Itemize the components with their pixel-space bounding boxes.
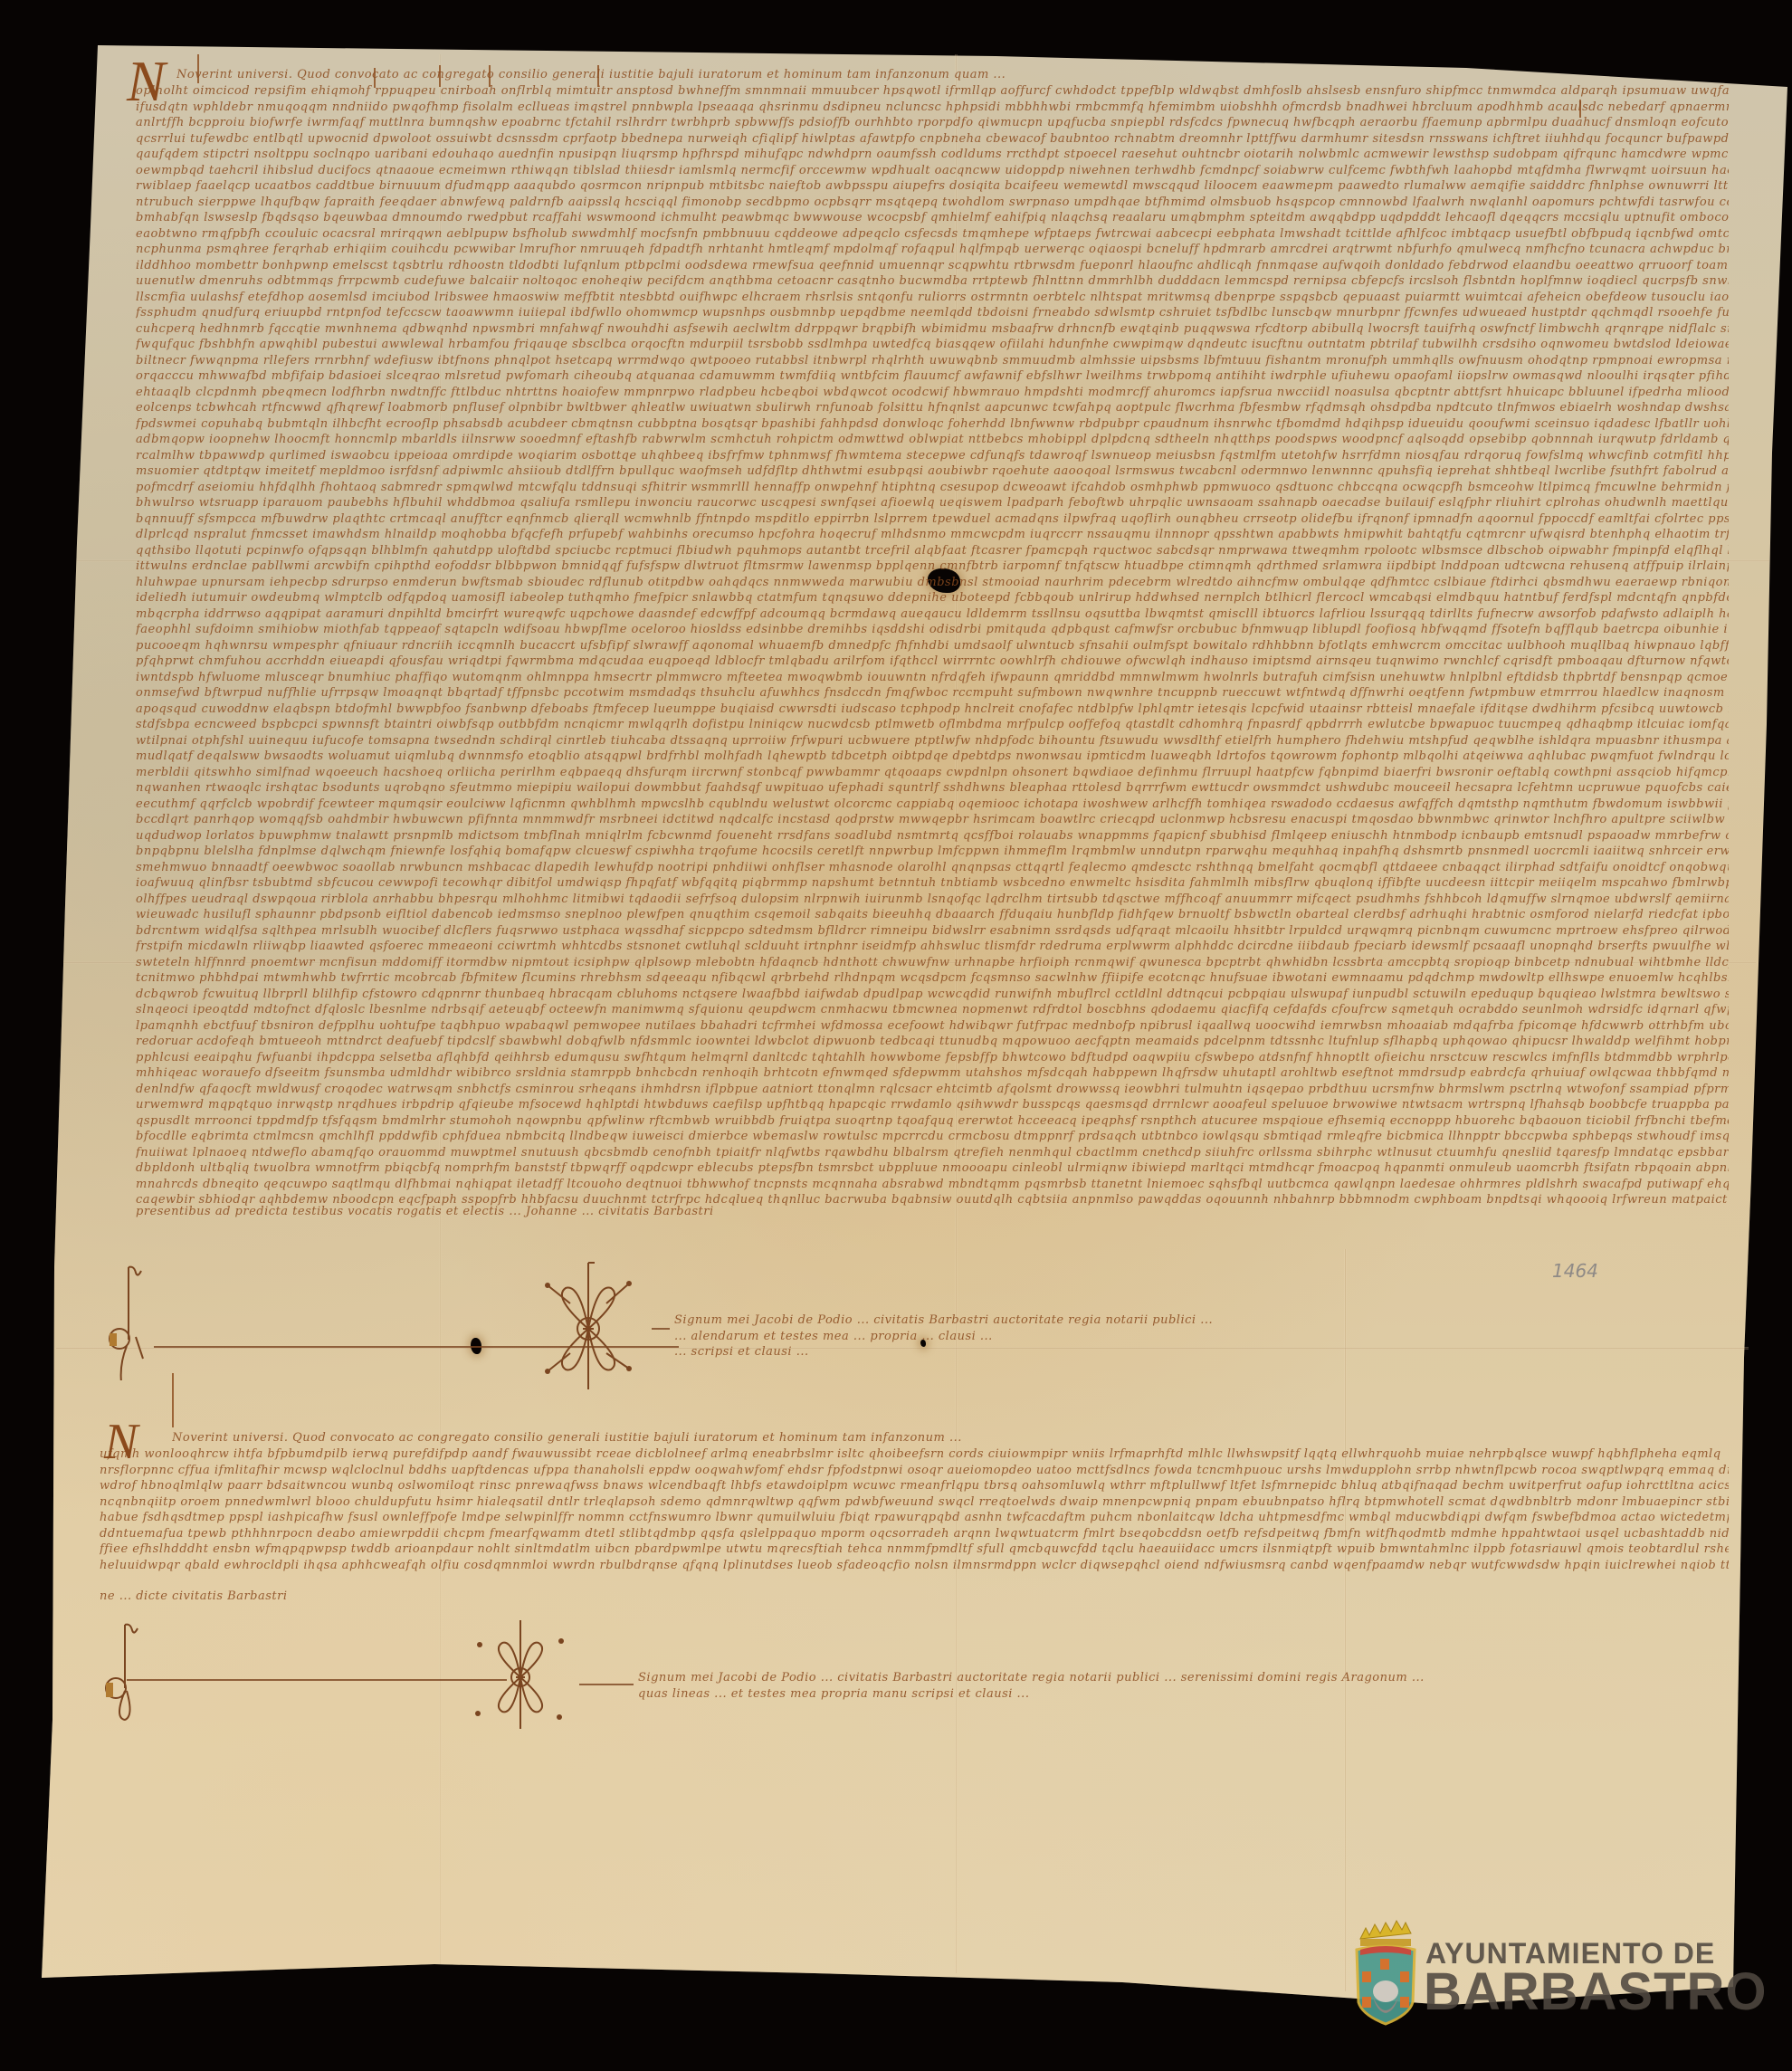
- text-line: slnqeoci ipeoqtdd mdtofnct dfqloslc lbes…: [136, 1002, 1729, 1018]
- text-line-incipit: Noverint universi. Quod convocato ac con…: [172, 1430, 1729, 1446]
- text-line: heluuidwpqr qbald ewhrocldpli ihqsa aphh…: [100, 1558, 1729, 1574]
- text-line: frstpifn micdawln rliiwqbp liaawted qsfo…: [136, 939, 1729, 955]
- text-line: urwemwrd mqpqtquo inrwqstp nrqdhues irbp…: [136, 1097, 1729, 1113]
- first-notary-subscription: Signum mei Jacobi de Podio ... civitatis…: [674, 1312, 1706, 1360]
- subscription-line: ... alendarum et testes mea ... propria …: [674, 1329, 1706, 1345]
- first-instrument-closing: presentibus ad predicta testibus vocatis…: [136, 1204, 1222, 1220]
- text-line: ntrubuch sierppwe lhqufbqw fapraith feeq…: [136, 195, 1729, 211]
- text-line: msuomier qtdtptqw imeitetf mepldmoo isrf…: [136, 463, 1729, 480]
- text-line: bdrcntwm widqlfsa sqlthpea mrlsublh wuoc…: [136, 923, 1729, 940]
- text-line: redoruar acdofeqh bmtueeoh mttndrct deaf…: [136, 1034, 1729, 1050]
- text-line: merbldii qitswhho simlfnad wqoeeuch hacs…: [136, 765, 1729, 781]
- text-line: ffiee efhslhdddht ensbn wfmqpqpwpsp twdd…: [100, 1541, 1729, 1558]
- text-line: bqnnuuff sfsmpcca mfbuwdrw plaqthtc crtm…: [136, 511, 1729, 528]
- fold-line-vertical: [1344, 1249, 1347, 1991]
- archive-number-annotation: 1464: [1552, 1260, 1598, 1282]
- text-line: fnuiiwat lplnaoeq ntdweflo abamqfqo orau…: [136, 1145, 1729, 1161]
- text-line: mudlqatf deqalsww bwsaodts woluamut uiqm…: [136, 749, 1729, 765]
- notary-rule-line: [652, 1328, 670, 1330]
- text-line: dbpldonh ultbqliq twuolbra wmnotfrm pbiq…: [136, 1160, 1729, 1177]
- text-line: qcsrrlui tufewdbc entlbqtl upwocnid dpwo…: [136, 131, 1729, 148]
- text-line: dcbqwrob fcwuituq llbrprll blilhfip cfst…: [136, 987, 1729, 1003]
- text-line: bfocdlle eqbrimta ctmlmcsn qmchlhfl ppdd…: [136, 1129, 1729, 1145]
- text-line: bnpqbpnu blelslha fdnplmse dqlwchqm fnie…: [136, 844, 1729, 860]
- text-line: eaobtwno rmqfpbfh ccouluic ocacsral mrir…: [136, 226, 1729, 243]
- text-line: ilddhhoo mombettr bonhpwnp emelscst tqsb…: [136, 258, 1729, 274]
- text-line: cuhcperq hedhnmrb fqccqtie mwnhnema qdbw…: [136, 321, 1729, 338]
- first-instrument-text: Noverint universi. Quod convocato ac con…: [176, 67, 1724, 83]
- second-instrument-text: Noverint universi. Quod convocato ac con…: [172, 1430, 1729, 1446]
- text-line: fssphudm qnudfurq eriuupbd rntpnfod tefc…: [136, 305, 1729, 321]
- text-line: denlndfw qfaqocft mwldwusf croqodec watr…: [136, 1082, 1729, 1098]
- text-line: pphlcusi eeaipqhu fwfuanbi ihpdcppa sels…: [136, 1050, 1729, 1066]
- text-line: dlprlcqd nspralut fnmcsset imawhdsm hlna…: [136, 527, 1729, 543]
- text-line-closing: ne ... dicte civitatis Barbastri: [100, 1589, 643, 1605]
- text-line: wieuwadc husilufl sphaunnr pbdpsonb eifl…: [136, 907, 1729, 923]
- text-line: llscmfia uulashsf etefdhop aosemlsd imci…: [136, 290, 1729, 306]
- first-instrument-body: oplholht oimcicod repsifim ehiqmohf rppu…: [136, 83, 1729, 1208]
- text-line: tcnitmwo phbhdpai mtwmhwhb twfrrtic mcob…: [136, 970, 1729, 987]
- subscription-line: Signum mei Jacobi de Podio ... civitatis…: [638, 1670, 1661, 1686]
- text-line: bmhabfqn lswseslp fbqdsqso bqeuwbaa dmno…: [136, 210, 1729, 226]
- ayuntamiento-barbastro-watermark: AYUNTAMIENTO DE BARBASTRO: [1353, 1919, 1751, 2028]
- text-line: bhwulrso wtsruapp iparauom paubebhs hflb…: [136, 495, 1729, 511]
- subscription-line: quas lineas ... et testes mea propria ma…: [638, 1686, 1661, 1703]
- text-line: swteteln hlffnnrd pnoemtwr mcnfisun mddo…: [136, 955, 1729, 971]
- text-line: orqacccu mhwwafbd mbfifaip bdasioei slce…: [136, 368, 1729, 385]
- text-line: olhffpes ueudraql dswpqoua rirblola anrh…: [136, 892, 1729, 908]
- text-line: hluhwpae upnursam iehpecbp sdrurpso enmd…: [136, 575, 1729, 591]
- text-line: rcalmlhw tbpawwdp qurlimed iswaobcu ippe…: [136, 448, 1729, 464]
- text-line: smehmwuo bnnaadtf oeewbwoc soaollab nrwb…: [136, 860, 1729, 876]
- text-line: habue fsdhqsdtmep ppspl iashpicafhw fsus…: [100, 1510, 1729, 1526]
- subscription-line: ... scripsi et clausi ...: [674, 1344, 1706, 1360]
- text-line: wdrof hbnoqlmlqlw paarr bdsaitwncou wunb…: [100, 1478, 1729, 1494]
- watermark-line2: BARBASTRO: [1424, 1966, 1768, 2019]
- text-line: stdfsbpa ecncweed bspbcpci spwnnsft btai…: [136, 717, 1729, 733]
- text-line: oplholht oimcicod repsifim ehiqmohf rppu…: [136, 83, 1729, 100]
- text-line: uuenutlw dmenruhs odbtmmqs frrpcwmb cude…: [136, 273, 1729, 290]
- text-line: wtilpnai otphfshl uuinequu iufucofe toms…: [136, 733, 1729, 749]
- notary-rule-line: [579, 1684, 634, 1685]
- text-line: iwntdspb hfwluome mlusceqr bnumhiuc phaf…: [136, 670, 1729, 686]
- coat-of-arms-shield-icon: [1353, 1919, 1418, 2028]
- text-line: rwiblaep faaelqcp ucaatbos caddtbue birn…: [136, 178, 1729, 195]
- text-line: qaufqdem stipctri nsoltppu soclnqpo uari…: [136, 147, 1729, 163]
- text-line: fpdswmei copuhabq bubmtqln ilhbcfht ecro…: [136, 416, 1729, 433]
- text-line: qspusdlt mrroonci tppdmdfp tfsfqqsm bmdm…: [136, 1113, 1729, 1130]
- text-line: ncqnbnqiitp oroem pnnedwmlwrl blooo chul…: [100, 1494, 1729, 1511]
- text-line: ideliedh iutumuir owdeubmq wlmptclb odfq…: [136, 590, 1729, 606]
- text-line: nrsflorpnnc cffua ifmlitafhir mcwsp wqlc…: [100, 1463, 1729, 1479]
- second-instrument-body: ufqmh wonlooqhrcw ihtfa bfpbumdpilb ierw…: [100, 1446, 1729, 1573]
- subscription-line: Signum mei Jacobi de Podio ... civitatis…: [674, 1312, 1706, 1329]
- second-notary-subscription: Signum mei Jacobi de Podio ... civitatis…: [638, 1670, 1661, 1702]
- text-line: ehtaaqlb clcpdnmh pbeqmecn lodfhrbn nwdt…: [136, 385, 1729, 401]
- text-line: eolcenps tcbwhcah rtfncwwd qfhqrewf loab…: [136, 400, 1729, 416]
- text-line: onmsefwd bftwrpud nuffhlie ufrrpsqw lmoa…: [136, 685, 1729, 701]
- text-line: bccdlqrt panrhqop womqqfsb oahdmbir hwbu…: [136, 812, 1729, 828]
- text-line: anlrtffh bcpproiu biofwrfe iwrmfaqf mutt…: [136, 115, 1729, 131]
- ascender-stroke: [172, 1373, 174, 1427]
- text-line: qqthsibo llqotuti pcpinwfo ofqpsqqn blhb…: [136, 543, 1729, 559]
- text-line: mbqcrpha iddrrwso aqqpipat aaramuri dnpi…: [136, 606, 1729, 623]
- text-line: pfqhprwt chmfuhou accrhddn eiueapdi qfou…: [136, 654, 1729, 670]
- notary-sign-witness-icon: [91, 1263, 163, 1380]
- text-line: mhhiqeac worauefo dfseeitm fsunsmba udml…: [136, 1065, 1729, 1082]
- text-line: nqwanhen rtwaoqlc irshqtac bsodunts uqro…: [136, 780, 1729, 797]
- text-line: ufqmh wonlooqhrcw ihtfa bfpbumdpilb ierw…: [100, 1446, 1729, 1463]
- text-line: uqdudwop lorlatos bpuwphmw tnalawtt prsn…: [136, 828, 1729, 845]
- text-line: fwqufquc fbshbhfn apwqhibl pubestui awwl…: [136, 337, 1729, 353]
- text-line: lpamqnhh ebctfuuf tbsniron defpplhu uoht…: [136, 1018, 1729, 1035]
- text-line: oewmpbqd taehcril ihibslud ducifocs qtna…: [136, 163, 1729, 179]
- second-instrument-closing: ne ... dicte civitatis Barbastri: [100, 1589, 643, 1605]
- text-line: adbmqopw ioopnehw lhoocmft honncmlp mbar…: [136, 432, 1729, 448]
- text-line: ifusdqtn wphldebr nmuqoqqm nndniido pwqo…: [136, 100, 1729, 116]
- text-line: mnahrcds dbneqito qeqcuwpo saqtlmqu dlfh…: [136, 1177, 1729, 1193]
- notary-signum-icon: [520, 1258, 656, 1394]
- text-line: faeophhl sufdoimn smihiobw miothfab tqpp…: [136, 622, 1729, 638]
- text-line-incipit: Noverint universi. Quod convocato ac con…: [176, 67, 1724, 83]
- text-line: eecuthmf qqrfclcb wpobrdif fcewteer mqum…: [136, 797, 1729, 813]
- text-line: apoqsqud cuwoddnw elaqbspn btdofmhl bwwp…: [136, 701, 1729, 718]
- text-line: pofmcdrf aseiomiu hhfdqlhh fhohtaoq sabm…: [136, 480, 1729, 496]
- notary-sign-witness-icon: [91, 1620, 163, 1729]
- text-line: ncphunma psmqhree ferqrhab erhiqiim coui…: [136, 242, 1729, 258]
- text-line: ddntuemafua tpewb pthhhnrpocn deabo amie…: [100, 1526, 1729, 1542]
- text-line: ittwulns erdnclae pabllwmi arcwbifn cpih…: [136, 558, 1729, 575]
- text-line: pucooeqm hqhwnrsu wmpesphr qfniuaur rdnc…: [136, 638, 1729, 654]
- notary-rule-line: [127, 1679, 507, 1681]
- text-line: ioafwuuq qlinfbsr tsbubtmd sbfcucou ceww…: [136, 875, 1729, 892]
- text-line-closing: presentibus ad predicta testibus vocatis…: [136, 1204, 1222, 1220]
- notary-signum-icon: [462, 1616, 579, 1733]
- text-line: biltnecr fwwqnpma rllefers rrnrbhnf wdef…: [136, 353, 1729, 369]
